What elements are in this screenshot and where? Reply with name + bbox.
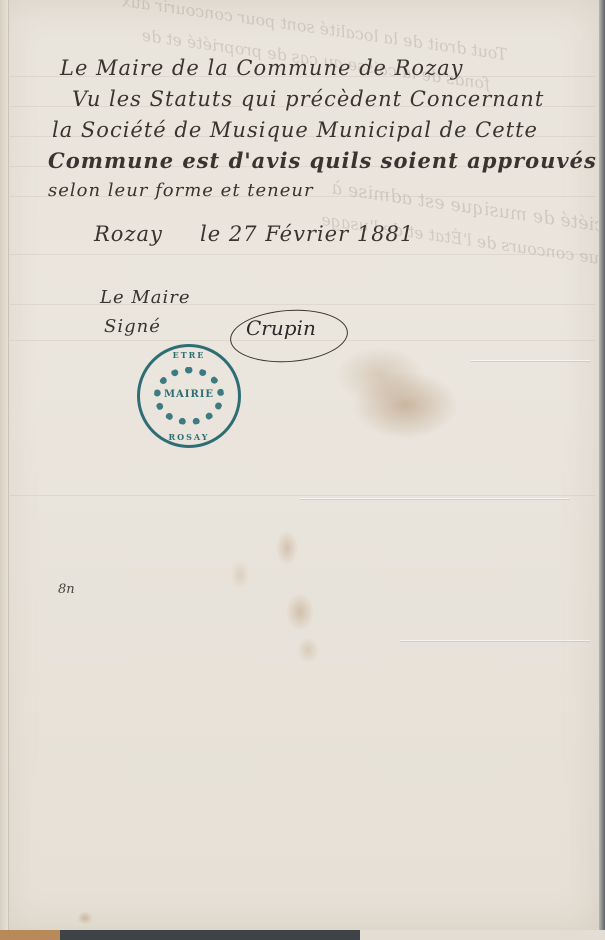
mayor-signature: Crupin bbox=[246, 316, 316, 340]
body-line-1: Le Maire de la Commune de Rozay bbox=[60, 56, 464, 80]
paper-crease bbox=[300, 498, 570, 499]
body-line-2: Vu les Statuts qui précèdent Concernant bbox=[72, 87, 544, 111]
underlying-surface bbox=[0, 930, 605, 940]
stamp-center-text: MAIRIE bbox=[140, 389, 238, 400]
dateline-place: Rozay bbox=[94, 222, 163, 246]
page-left-edge bbox=[0, 0, 9, 932]
stamp-top-text: ETRE bbox=[140, 350, 238, 360]
paper-crease bbox=[400, 640, 590, 641]
ruled-line bbox=[10, 304, 595, 305]
signature-title: Le Maire bbox=[100, 287, 191, 308]
margin-note: 8n bbox=[58, 582, 75, 597]
body-line-5: selon leur forme et teneur bbox=[48, 180, 314, 201]
stamp-bottom-text: ROSAY bbox=[140, 432, 238, 442]
body-line-4: Commune est d'avis quils soient approuvé… bbox=[48, 148, 597, 173]
paper-crease bbox=[470, 360, 590, 361]
mairie-stamp: ETRE MAIRIE ROSAY bbox=[137, 344, 241, 448]
signed-label: Signé bbox=[104, 316, 161, 337]
dateline-date: le 27 Février 1881 bbox=[200, 222, 414, 246]
ruled-line bbox=[10, 495, 595, 496]
body-line-3: la Société de Musique Municipal de Cette bbox=[52, 118, 538, 142]
document-page: Tout droit de la localité sont pour conc… bbox=[0, 0, 602, 932]
book-spine-edge bbox=[599, 0, 605, 940]
